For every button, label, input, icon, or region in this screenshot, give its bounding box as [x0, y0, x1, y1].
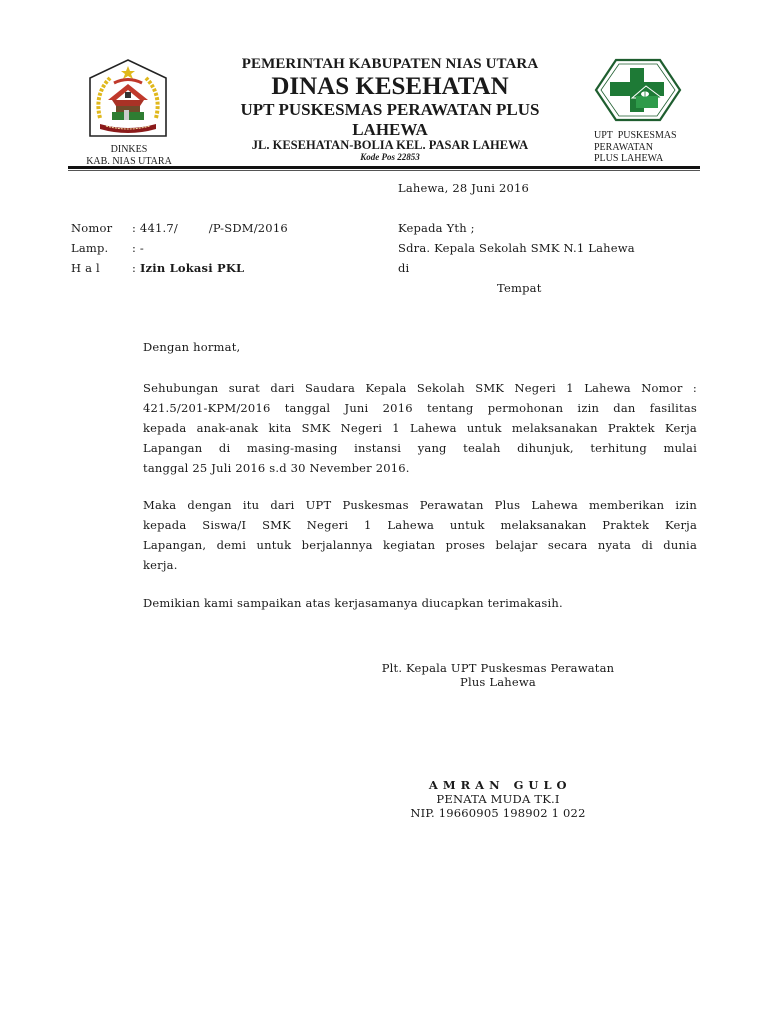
- hal-subject: Izin Lokasi PKL: [140, 261, 244, 275]
- government-name: PEMERINTAH KABUPATEN NIAS UTARA: [200, 56, 580, 73]
- lamp-label: Lamp.: [71, 241, 108, 255]
- puskesmas-logo-icon: [594, 58, 682, 122]
- left-logo-caption: DINKES KAB. NIAS UTARA: [70, 144, 188, 168]
- closing-sentence: Demikian kami sampaikan atas kerjasamany…: [143, 596, 563, 610]
- signatory-nip: NIP. 19660905 198902 1 022: [348, 806, 648, 820]
- body-paragraph-1: Sehubungan surat dari Saudara Kepala Sek…: [143, 378, 697, 478]
- recipient-name: Sdra. Kepala Sekolah SMK N.1 Lahewa: [398, 241, 635, 255]
- signatory-rank: PENATA MUDA TK.I: [348, 792, 648, 806]
- signatory-name: A M R A N G U L O: [348, 778, 648, 792]
- paragraph-line: kepada Siswa/I SMK Negeri 1 Lahewa untuk…: [143, 515, 697, 535]
- paragraph-line: Lapangan, demi untuk berjalannya kegiata…: [143, 535, 697, 555]
- lamp-value: : -: [132, 241, 144, 255]
- hal-value: : Izin Lokasi PKL: [132, 261, 244, 275]
- address: JL. KESEHATAN-BOLIA KEL. PASAR LAHEWA: [200, 138, 580, 153]
- caption-line: PERAWATAN: [594, 142, 677, 154]
- letter-date: Lahewa, 28 Juni 2016: [398, 181, 529, 195]
- unit-name-line1: UPT PUSKESMAS PERAWATAN PLUS: [200, 100, 580, 120]
- hal-label: H a l: [71, 261, 100, 275]
- paragraph-line: Sehubungan surat dari Saudara Kepala Sek…: [143, 378, 697, 398]
- nomor-label: Nomor: [71, 221, 112, 235]
- paragraph-line: tanggal 25 Juli 2016 s.d 30 Nevember 201…: [143, 458, 697, 478]
- salutation: Dengan hormat,: [143, 340, 240, 354]
- department-name: DINAS KESEHATAN: [200, 72, 580, 102]
- signatory-title-line1: Plt. Kepala UPT Puskesmas Perawatan: [348, 661, 648, 675]
- unit-name: UPT PUSKESMAS PERAWATAN PLUS LAHEWA: [200, 100, 580, 140]
- recipient-di: di: [398, 261, 409, 275]
- paragraph-line: 421.5/201-KPM/2016 tanggal Juni 2016 ten…: [143, 398, 697, 418]
- unit-name-line2: LAHEWA: [200, 120, 580, 140]
- caption-line: DINKES: [70, 144, 188, 156]
- recipient-greeting: Kepada Yth ;: [398, 221, 475, 235]
- recipient-place: Tempat: [497, 281, 542, 295]
- paragraph-line: kerja.: [143, 555, 697, 575]
- paragraph-line: Maka dengan itu dari UPT Puskesmas Peraw…: [143, 495, 697, 515]
- header-divider-thin: [68, 170, 700, 171]
- body-paragraph-2: Maka dengan itu dari UPT Puskesmas Peraw…: [143, 495, 697, 575]
- paragraph-line: kepada anak-anak kita SMK Negeri 1 Lahew…: [143, 418, 697, 438]
- signatory-title-line2: Plus Lahewa: [348, 675, 648, 689]
- caption-line: PLUS LAHEWA: [594, 153, 677, 165]
- caption-line: UPT PUSKESMAS: [594, 130, 677, 142]
- hal-colon: :: [132, 261, 140, 275]
- header-divider-thick: [68, 166, 700, 169]
- postal-code: Kode Pos 22853: [200, 152, 580, 162]
- right-logo-caption: UPT PUSKESMAS PERAWATAN PLUS LAHEWA: [594, 130, 677, 165]
- paragraph-line: Lapangan di masing-masing instansi yang …: [143, 438, 697, 458]
- nias-utara-emblem-icon: [86, 58, 170, 138]
- nomor-value: : 441.7/ /P-SDM/2016: [132, 221, 288, 235]
